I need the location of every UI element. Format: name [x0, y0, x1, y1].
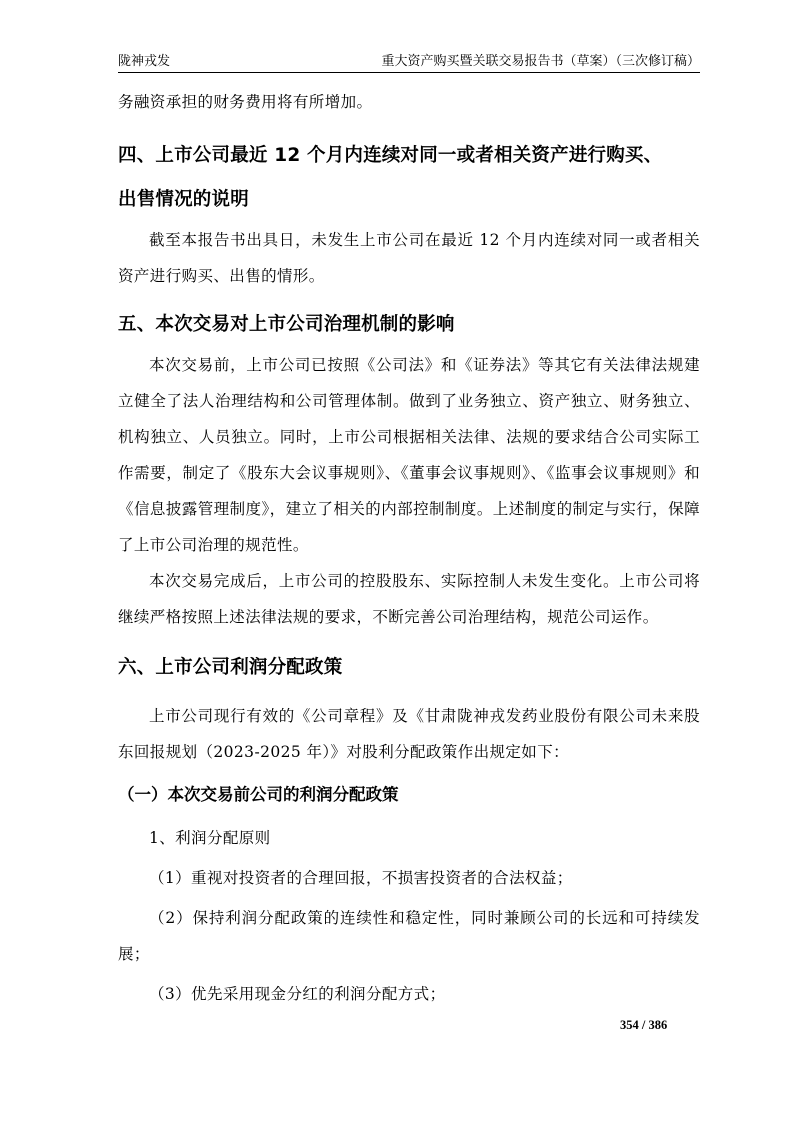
section-6-title: 六、上市公司利润分配政策 — [118, 646, 700, 690]
section-4-title-line2: 出售情况的说明 — [118, 178, 700, 222]
section-5-paragraph-1: 本次交易前，上市公司已按照《公司法》和《证券法》等其它有关法律法规建立健全了法人… — [118, 347, 700, 563]
section-6-paragraph: 上市公司现行有效的《公司章程》及《甘肃陇神戎发药业股份有限公司未来股东回报规划（… — [118, 698, 700, 770]
continuation-paragraph: 务融资承担的财务费用将有所增加。 — [118, 84, 700, 120]
subsection-1-title: （一）本次交易前公司的利润分配政策 — [118, 780, 700, 810]
continuation-paragraph-block: 务融资承担的财务费用将有所增加。 — [118, 84, 700, 120]
header-document-title: 重大资产购买暨关联交易报告书（草案）（三次修订稿） — [381, 53, 700, 71]
principle-point-2: （2）保持利润分配政策的连续性和稳定性，同时兼顾公司的长远和可持续发展； — [118, 900, 700, 972]
principle-point-3: （3）优先采用现金分红的利润分配方式； — [118, 976, 700, 1012]
section-4-paragraph: 截至本报告书出具日，未发生上市公司在最近 12 个月内连续对同一或者相关资产进行… — [118, 222, 700, 294]
section-4: 四、上市公司最近 12 个月内连续对同一或者相关资产进行购买、 出售情况的说明 … — [118, 134, 700, 294]
section-6: 六、上市公司利润分配政策 上市公司现行有效的《公司章程》及《甘肃陇神戎发药业股份… — [118, 646, 700, 1012]
item-1-title: 1、利润分配原则 — [118, 820, 700, 856]
page-header: 陇神戎发 重大资产购买暨关联交易报告书（草案）（三次修订稿） — [118, 52, 700, 73]
section-5: 五、本次交易对上市公司治理机制的影响 本次交易前，上市公司已按照《公司法》和《证… — [118, 303, 700, 635]
section-4-title-line1: 四、上市公司最近 12 个月内连续对同一或者相关资产进行购买、 — [118, 134, 700, 178]
page-number: 354 / 386 — [620, 1018, 667, 1033]
header-company-name: 陇神戎发 — [118, 53, 170, 71]
principle-point-1: （1）重视对投资者的合理回报，不损害投资者的合法权益； — [118, 860, 700, 896]
section-5-paragraph-2: 本次交易完成后，上市公司的控股股东、实际控制人未发生变化。上市公司将继续严格按照… — [118, 563, 700, 635]
section-5-title: 五、本次交易对上市公司治理机制的影响 — [118, 303, 700, 347]
